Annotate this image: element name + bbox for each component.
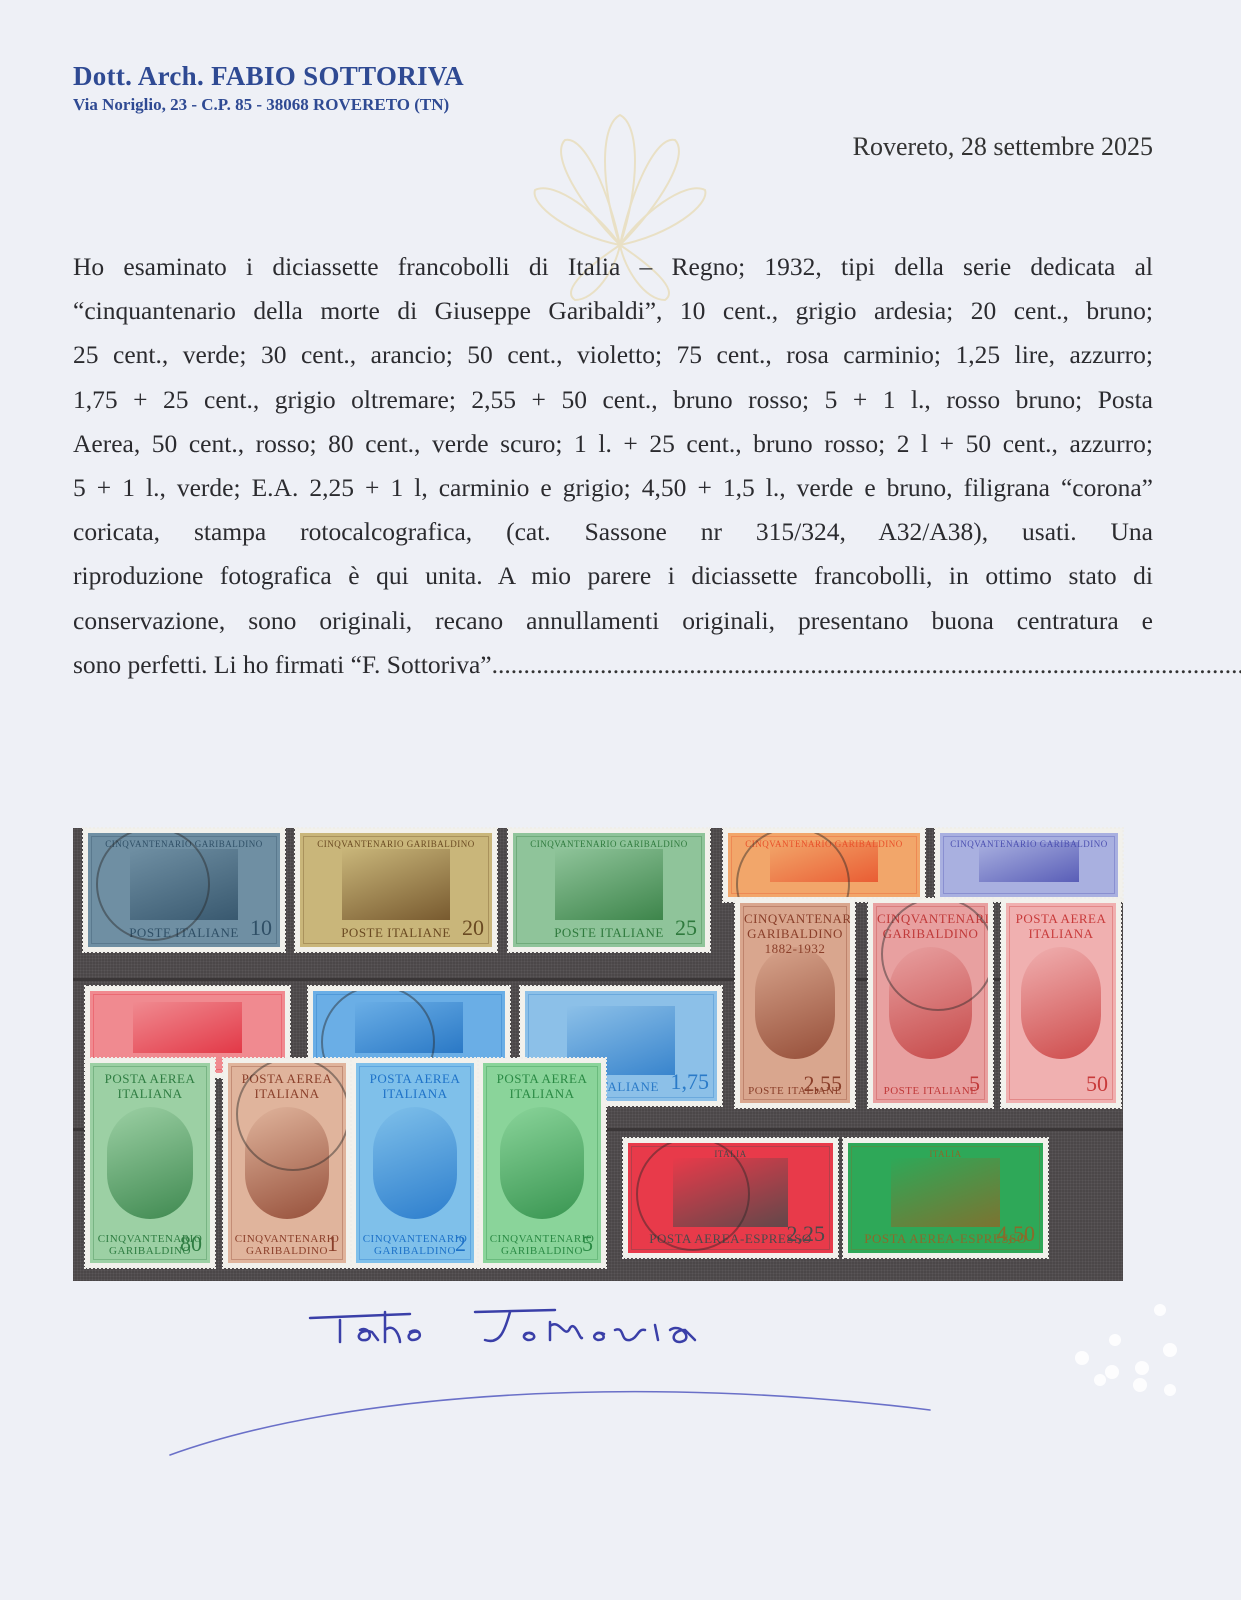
body-line: 1,75 + 25 cent., grigio oltremare; 2,55 … — [73, 378, 1153, 422]
stamp-denomination: 1 — [327, 1231, 338, 1257]
stamp-2.55: CINQVANTENARIO GARIBALDINO 1882-1932 POS… — [735, 898, 855, 1108]
stamp-vignette — [891, 1158, 1000, 1226]
stamp-bottom-inscription: POSTE ITALIANE — [304, 925, 488, 941]
expert-address: Via Noriglio, 23 - C.P. 85 - 38068 ROVER… — [73, 94, 464, 116]
stamp-bottom-inscription: CINQVANTENARIO GARIBALDINO — [360, 1233, 470, 1257]
stamp-pa80: POSTA AEREA ITALIANA CINQVANTENARIO GARI… — [85, 1058, 215, 1268]
postmark-cancel-icon — [96, 828, 210, 941]
body-line: Ho esaminato i diciassette francobolli d… — [73, 245, 1153, 289]
postmark-cancel-icon — [881, 898, 993, 1011]
letterhead: Dott. Arch. FABIO SOTTORIVA Via Noriglio… — [73, 60, 464, 116]
stamp-denomination: 80 — [180, 1231, 202, 1257]
stamp-denomination: 2,55 — [804, 1071, 843, 1097]
stamp-top-inscription: CINQVANTENARIO GARIBALDINO — [517, 839, 701, 849]
stamp-top-inscription: CINQVANTENARIO GARIBALDINO — [944, 839, 1114, 849]
stamp-pa50: POSTA AEREA ITALIANA 50 — [1001, 898, 1121, 1108]
document-date: Rovereto, 28 settembre 2025 — [853, 132, 1153, 162]
body-line: conservazione, sono originali, recano an… — [73, 599, 1153, 643]
stamp-top-inscription: POSTA AEREA ITALIANA — [94, 1071, 206, 1101]
postmark-cancel-icon — [636, 1138, 750, 1251]
stamp-ea450: ITALIA POSTA AEREA-ESPRESSO 4,50 — [843, 1138, 1048, 1258]
body-line: riproduzione fotografica è qui unita. A … — [73, 554, 1153, 598]
stamp-30c: CINQVANTENARIO GARIBALDINO — [723, 828, 925, 902]
stamp-top-inscription: CINQVANTENARIO GARIBALDINO — [304, 839, 488, 849]
stamp-bottom-inscription: CINQVANTENARIO GARIBALDINO — [487, 1233, 597, 1257]
body-line: 25 cent., verde; 30 cent., arancio; 50 c… — [73, 333, 1153, 377]
stamp-vignette — [373, 1107, 458, 1219]
stamp-10c: CINQVANTENARIO GARIBALDINO POSTE ITALIAN… — [83, 828, 285, 952]
stamp-5l: CINQVANTENARIO GARIBALDINO POSTE ITALIAN… — [868, 898, 993, 1108]
expert-name: Dott. Arch. FABIO SOTTORIVA — [73, 60, 464, 92]
stamp-25c: CINQVANTENARIO GARIBALDINO POSTE ITALIAN… — [508, 828, 710, 952]
stamp-bottom-inscription: POSTE ITALIANE — [877, 1085, 984, 1097]
stamp-ea225: ITALIA POSTA AEREA-ESPRESSO 2,25 — [623, 1138, 838, 1258]
stamp-denomination: 2 — [455, 1231, 466, 1257]
stamp-top-inscription: POSTA AEREA ITALIANA — [1010, 911, 1112, 941]
stamp-denomination: 5 — [969, 1071, 980, 1097]
stamp-denomination: 2,25 — [787, 1221, 826, 1247]
stamp-denomination: 4,50 — [997, 1221, 1036, 1247]
certificate-body: Ho esaminato i diciassette francobolli d… — [73, 245, 1153, 687]
body-line: Aerea, 50 cent., rosso; 80 cent., verde … — [73, 422, 1153, 466]
stamp-pa1: POSTA AEREA ITALIANA CINQVANTENARIO GARI… — [223, 1058, 351, 1268]
stamp-photo-reproduction: CINQVANTENARIO GARIBALDINO POSTE ITALIAN… — [73, 828, 1123, 1281]
dotted-leader: ........................................… — [492, 650, 1241, 679]
signature-flourish — [150, 1370, 950, 1460]
signed-statement: sono perfetti. Li ho firmati “F. Sottori… — [73, 650, 492, 679]
stamp-bottom-inscription: CINQVANTENARIO GARIBALDINO — [232, 1233, 342, 1257]
stamp-denomination: 25 — [675, 915, 697, 941]
handwritten-signature — [300, 1300, 800, 1360]
stamp-denomination: 10 — [250, 915, 272, 941]
stamp-vignette — [1021, 947, 1100, 1059]
stamp-pa5: POSTA AEREA ITALIANA CINQVANTENARIO GARI… — [478, 1058, 606, 1268]
stamp-top-inscription: CINQVANTENARIO GARIBALDINO 1882-1932 — [744, 911, 846, 956]
stamp-denomination: 20 — [462, 915, 484, 941]
stamp-denomination: 1,75 — [671, 1069, 710, 1095]
stamp-vignette — [755, 947, 834, 1059]
stamp-vignette — [500, 1107, 585, 1219]
stamp-vignette — [107, 1107, 193, 1219]
stamp-denomination: 50 — [1086, 1071, 1108, 1097]
stamp-vignette — [555, 849, 663, 920]
stamp-top-inscription: POSTA AEREA ITALIANA — [360, 1071, 470, 1101]
stamp-20c: CINQVANTENARIO GARIBALDINO POSTE ITALIAN… — [295, 828, 497, 952]
body-line: 5 + 1 l., verde; E.A. 2,25 + 1 l, carmin… — [73, 466, 1153, 510]
stamp-top-inscription: POSTA AEREA ITALIANA — [487, 1071, 597, 1101]
body-line: “cinquantenario della morte di Giuseppe … — [73, 289, 1153, 333]
embossed-seal-icon — [1020, 1280, 1180, 1440]
stamp-50c: CINQVANTENARIO GARIBALDINO — [935, 828, 1123, 902]
stamp-denomination: 5 — [582, 1231, 593, 1257]
stamp-top-inscription: ITALIA — [852, 1149, 1039, 1159]
body-line: coricata, stampa rotocalcografica, (cat.… — [73, 510, 1153, 554]
stamp-vignette — [342, 849, 450, 920]
stamp-bottom-inscription: POSTE ITALIANE — [517, 925, 701, 941]
stamp-pa2: POSTA AEREA ITALIANA CINQVANTENARIO GARI… — [351, 1058, 479, 1268]
body-last-line: sono perfetti. Li ho firmati “F. Sottori… — [73, 643, 1153, 687]
stamp-vignette — [133, 1002, 242, 1053]
postmark-cancel-icon — [236, 1058, 350, 1171]
